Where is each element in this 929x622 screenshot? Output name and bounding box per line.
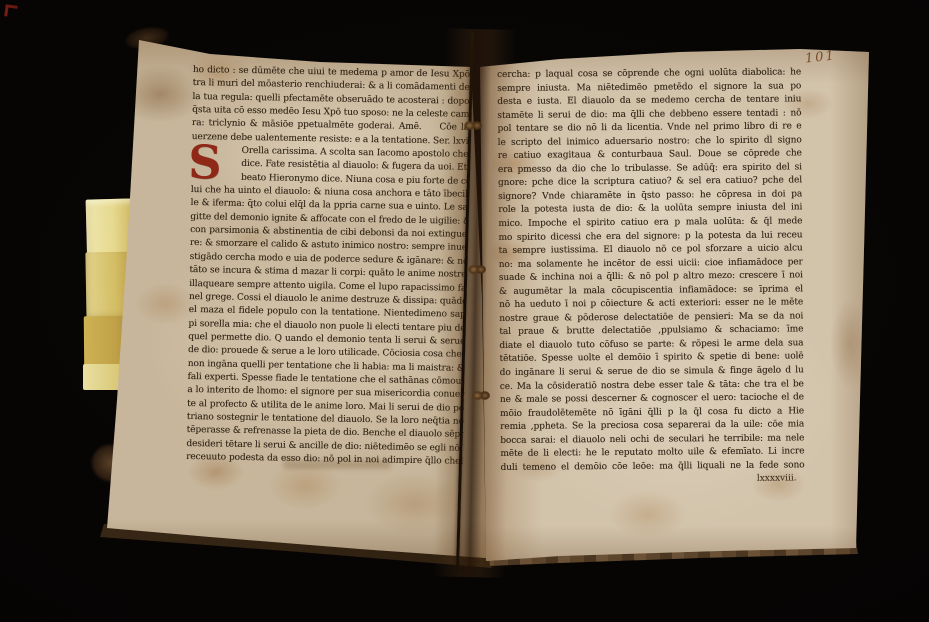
right-page-lines: cercha: p laqual cosa se cōprende che og… [497,66,805,475]
film-registration-mark [4,4,18,18]
leaf-signature: lxxxxviii. [501,473,805,489]
photo-of-open-incunabulum: S ho dicto : se dūmēte che uiui te medem… [0,0,929,622]
right-page-text: cercha: p laqual cosa se cōprende che og… [497,66,805,489]
drop-cap-initial: S [188,141,222,184]
folio-number-annotation: 101 [804,48,836,66]
left-page-lines: ho dicto : se dūmēte che uiui te medema … [186,64,470,469]
left-page-text: S ho dicto : se dūmēte che uiui te medem… [186,64,470,469]
